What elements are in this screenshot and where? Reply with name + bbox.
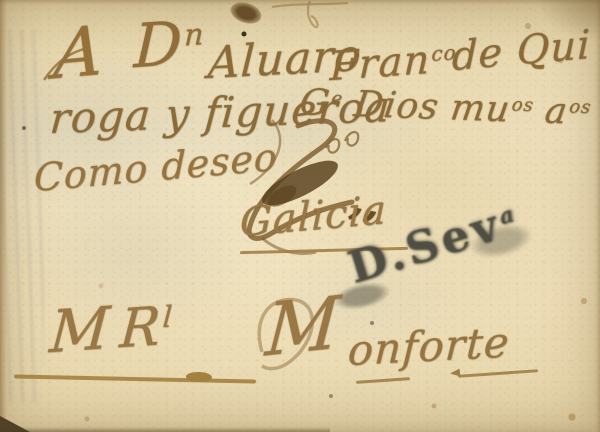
rate-r: R <box>118 294 164 360</box>
don-superscript: n <box>184 17 206 54</box>
rate-m: M <box>48 294 113 367</box>
blessing-a-sup: os <box>568 97 593 119</box>
paper-edge-top <box>0 0 600 4</box>
corner-shadow-top-right <box>536 0 600 42</box>
town-underline-2 <box>458 369 538 377</box>
don-letter: D <box>133 8 184 82</box>
blessing-mu: mu <box>448 87 513 130</box>
rate-marking: MRl <box>48 289 175 366</box>
don-abbreviation: Dn <box>133 7 206 82</box>
addressee-middle-name: Franco <box>329 35 457 90</box>
blessing-a: a <box>542 91 570 133</box>
salutation-a: A <box>52 11 106 95</box>
rate-underline <box>14 374 256 383</box>
blessing-g: G <box>297 82 332 124</box>
blessing-g-sup: e <box>330 88 345 109</box>
paper-edge-bottom <box>0 427 330 432</box>
town-name: onforte <box>347 317 511 375</box>
ink-blot-top <box>228 0 265 27</box>
town-underline-arrow <box>450 368 461 377</box>
town-initial: M <box>263 280 343 373</box>
superscript-curls <box>326 132 358 153</box>
letter-cover: A Dn Aluaro Franco de Qui roga y figuero… <box>0 0 600 432</box>
town-underline-1 <box>356 377 410 383</box>
paper-edge-left <box>0 0 7 432</box>
blessing-dios: Dios <box>352 84 442 128</box>
paper-edge-right <box>596 0 600 432</box>
top-cross-mark-stem <box>308 1 318 27</box>
blessing-mu-sup: os <box>510 95 535 117</box>
closing-line: Como deseo <box>34 135 278 201</box>
rate-superscript: l <box>162 299 175 334</box>
